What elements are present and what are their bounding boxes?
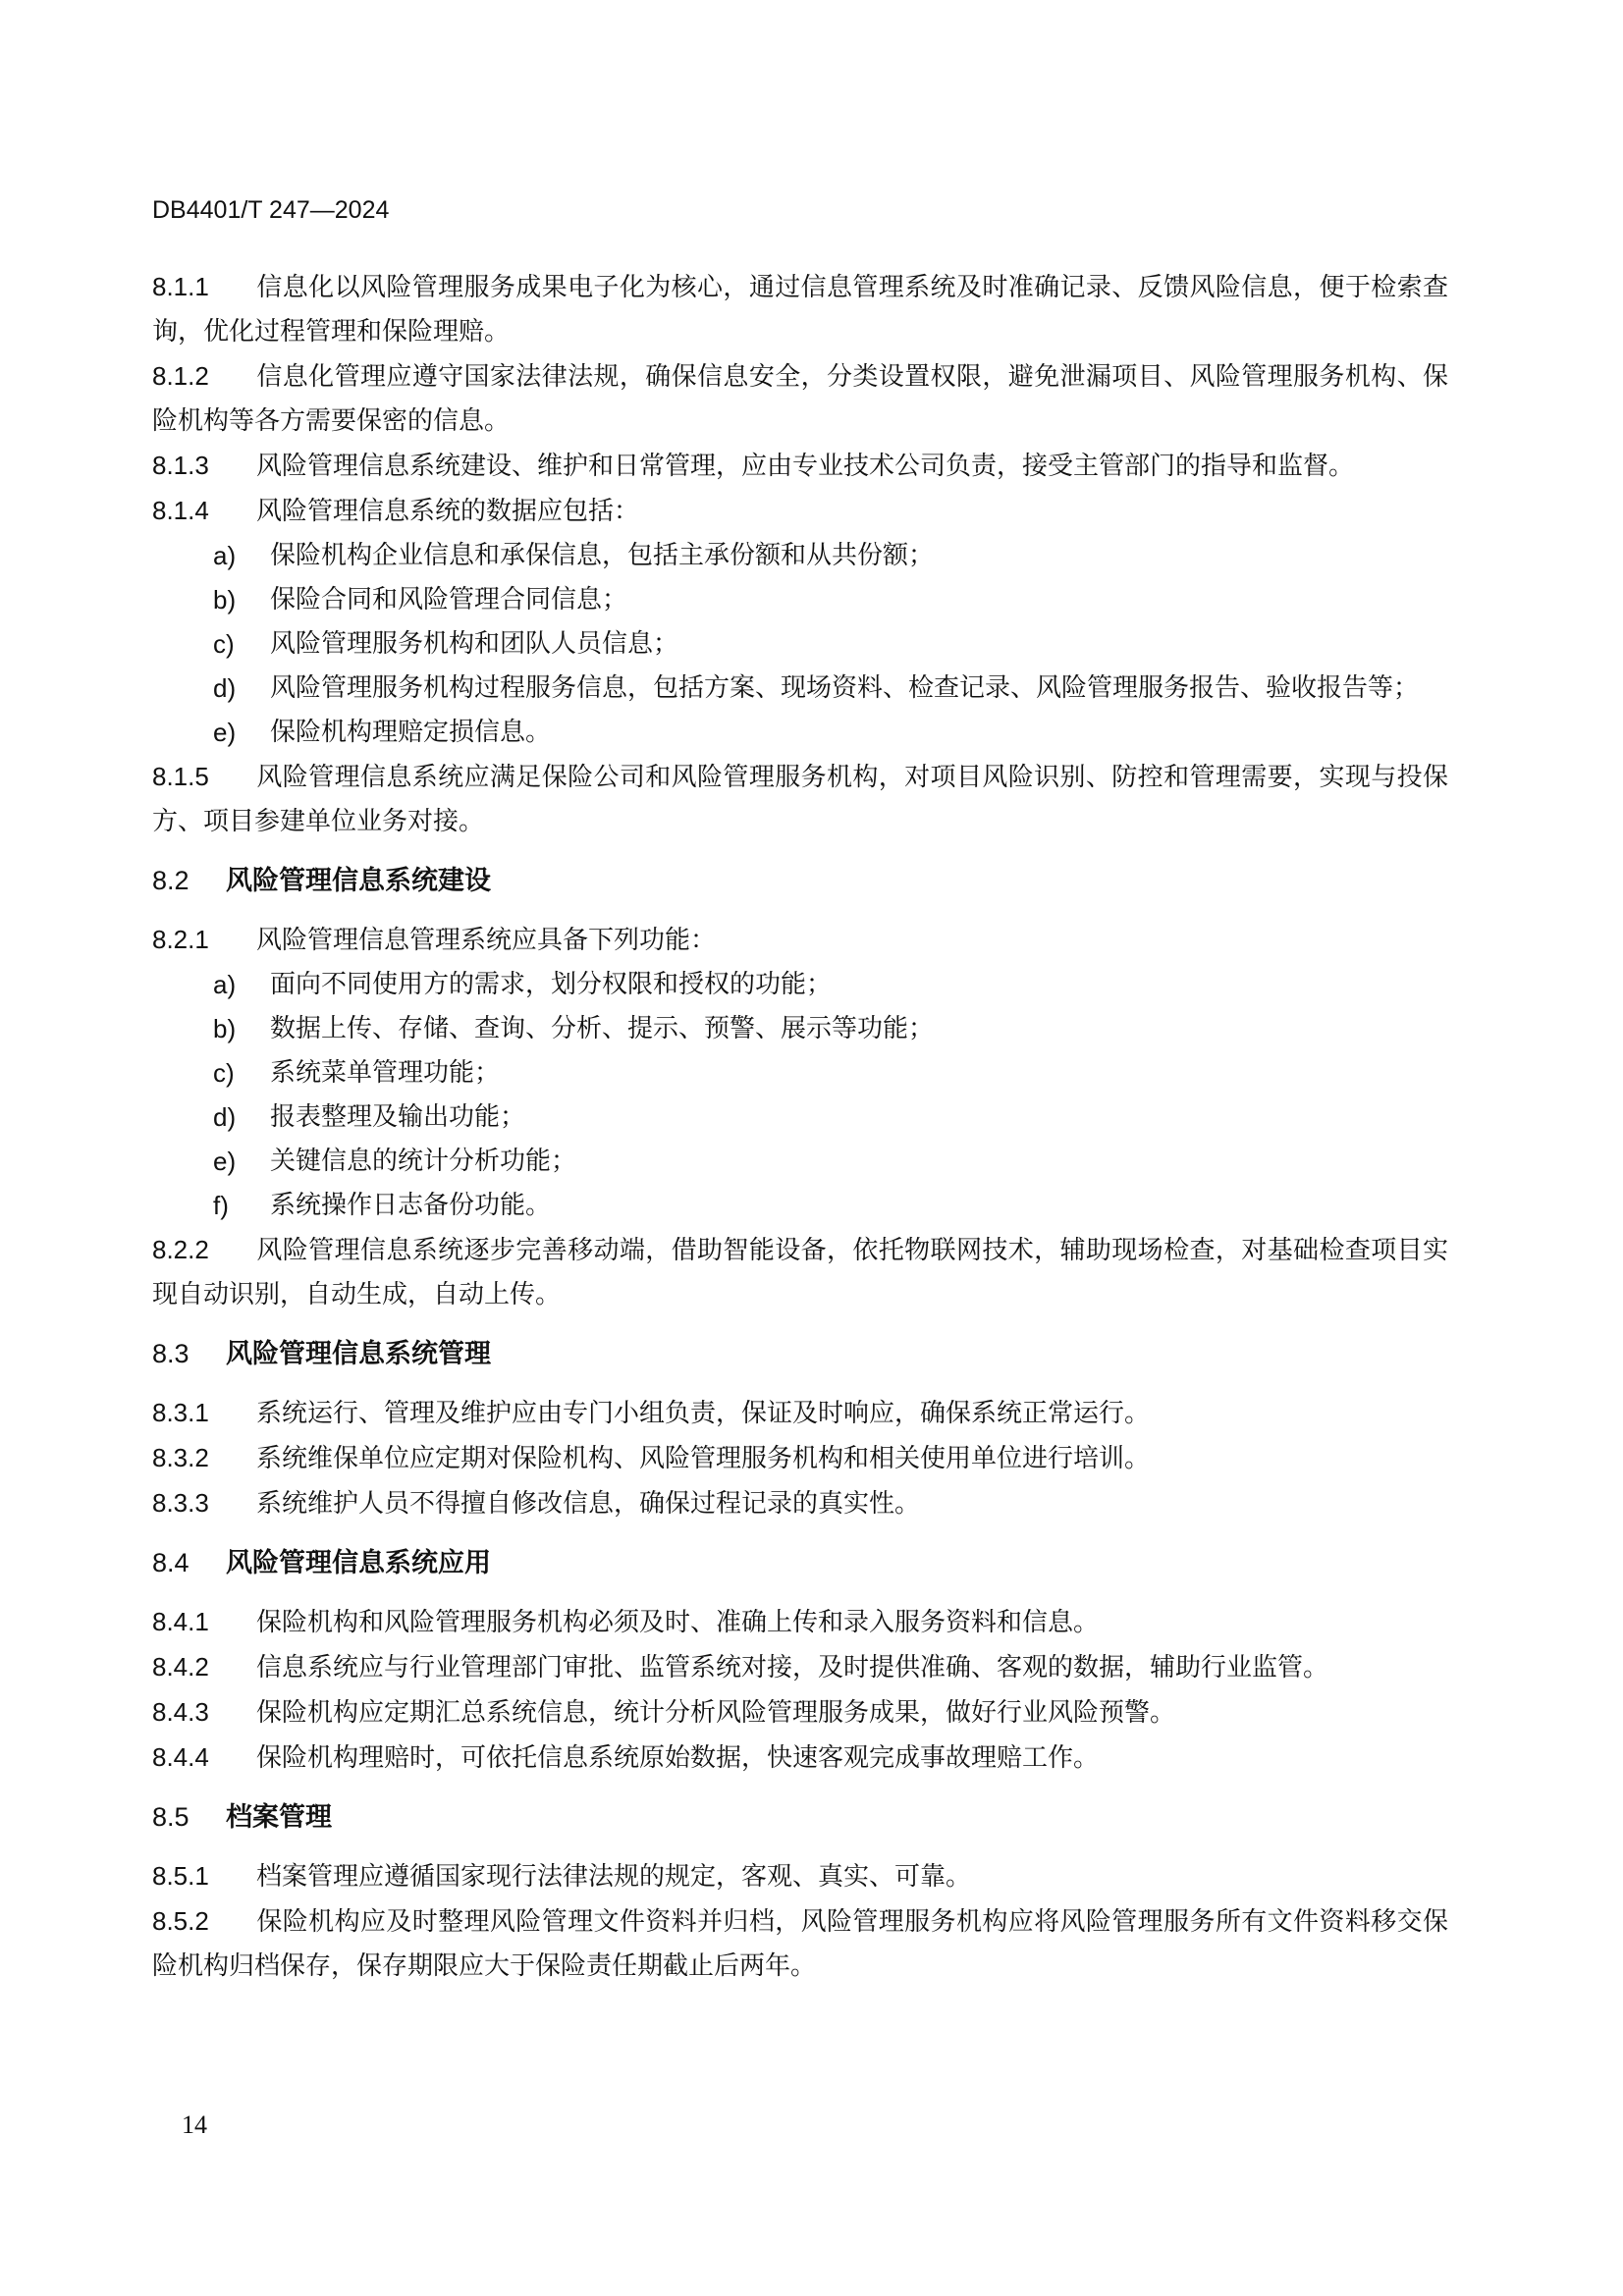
clause-8-4-3: 8.4.3保险机构应定期汇总系统信息，统计分析风险管理服务成果，做好行业风险预警… xyxy=(152,1690,1448,1735)
list-item: c)风险管理服务机构和团队人员信息； xyxy=(152,622,1448,667)
clause-8-2-1: 8.2.1风险管理信息管理系统应具备下列功能： xyxy=(152,918,1448,963)
clause-8-5-2: 8.5.2保险机构应及时整理风险管理文件资料并归档，风险管理服务机构应将风险管理… xyxy=(152,1899,1448,1989)
list-text: 关键信息的统计分析功能； xyxy=(270,1147,576,1176)
list-item: e)关键信息的统计分析功能； xyxy=(152,1140,1448,1184)
list-text: 系统菜单管理功能； xyxy=(270,1058,500,1088)
clause-8-1-4: 8.1.4风险管理信息系统的数据应包括： xyxy=(152,489,1448,534)
list-item: b)数据上传、存储、查询、分析、提示、预警、展示等功能； xyxy=(152,1007,1448,1051)
list-item: a)面向不同使用方的需求，划分权限和授权的功能； xyxy=(152,963,1448,1007)
list-label: a) xyxy=(213,534,236,578)
page-number: 14 xyxy=(182,2110,207,2140)
section-heading-8-5: 8.5档案管理 xyxy=(152,1795,1448,1840)
list-item: d)风险管理服务机构过程服务信息，包括方案、现场资料、检查记录、风险管理服务报告… xyxy=(152,667,1448,711)
list-text: 数据上传、存储、查询、分析、提示、预警、展示等功能； xyxy=(270,1014,934,1043)
clause-8-1-2: 8.1.2信息化管理应遵守国家法律法规，确保信息安全，分类设置权限，避免泄漏项目… xyxy=(152,354,1448,444)
clause-number: 8.3.1 xyxy=(152,1391,256,1435)
clause-text: 风险管理信息管理系统应具备下列功能： xyxy=(256,926,716,955)
clause-number: 8.1.3 xyxy=(152,444,256,488)
list-label: b) xyxy=(213,1007,236,1051)
clause-text: 信息化以风险管理服务成果电子化为核心，通过信息管理系统及时准确记录、反馈风险信息… xyxy=(152,273,1448,347)
section-title: 风险管理信息系统应用 xyxy=(226,1548,491,1578)
clause-text: 保险机构理赔时，可依托信息系统原始数据，快速客观完成事故理赔工作。 xyxy=(256,1743,1099,1773)
list-text: 风险管理服务机构和团队人员信息； xyxy=(270,629,678,659)
list-text: 面向不同使用方的需求，划分权限和授权的功能； xyxy=(270,970,832,999)
clause-text: 系统维保单位应定期对保险机构、风险管理服务机构和相关使用单位进行培训。 xyxy=(256,1444,1150,1473)
clause-text: 风险管理信息系统应满足保险公司和风险管理服务机构，对项目风险识别、防控和管理需要… xyxy=(152,763,1448,836)
list-label: c) xyxy=(213,622,235,667)
document-code-header: DB4401/T 247—2024 xyxy=(152,196,389,225)
clause-text: 档案管理应遵循国家现行法律法规的规定，客观、真实、可靠。 xyxy=(256,1862,971,1892)
list-item: c)系统菜单管理功能； xyxy=(152,1051,1448,1095)
list-label: f) xyxy=(213,1184,229,1228)
clause-8-2-2: 8.2.2风险管理信息系统逐步完善移动端，借助智能设备，依托物联网技术，辅助现场… xyxy=(152,1228,1448,1317)
section-number: 8.3 xyxy=(152,1332,226,1376)
clause-8-1-3: 8.1.3风险管理信息系统建设、维护和日常管理，应由专业技术公司负责，接受主管部… xyxy=(152,444,1448,489)
list-label: a) xyxy=(213,963,236,1007)
list-text: 保险合同和风险管理合同信息； xyxy=(270,585,627,614)
list-item: e)保险机构理赔定损信息。 xyxy=(152,711,1448,755)
list-label: e) xyxy=(213,711,236,755)
clause-number: 8.2.1 xyxy=(152,918,256,962)
clause-number: 8.4.2 xyxy=(152,1645,256,1689)
clause-8-1-5: 8.1.5风险管理信息系统应满足保险公司和风险管理服务机构，对项目风险识别、防控… xyxy=(152,755,1448,844)
section-title: 风险管理信息系统建设 xyxy=(226,866,491,896)
section-heading-8-3: 8.3风险管理信息系统管理 xyxy=(152,1332,1448,1376)
list-item: d)报表整理及输出功能； xyxy=(152,1095,1448,1140)
clause-8-5-1: 8.5.1档案管理应遵循国家现行法律法规的规定，客观、真实、可靠。 xyxy=(152,1854,1448,1899)
clause-text: 风险管理信息系统的数据应包括： xyxy=(256,497,639,526)
list-item: f)系统操作日志备份功能。 xyxy=(152,1184,1448,1228)
section-title: 档案管理 xyxy=(226,1802,332,1833)
list-label: b) xyxy=(213,578,236,622)
clause-text: 系统维护人员不得擅自修改信息，确保过程记录的真实性。 xyxy=(256,1489,920,1519)
clause-text: 信息化管理应遵守国家法律法规，确保信息安全，分类设置权限，避免泄漏项目、风险管理… xyxy=(152,362,1448,436)
clause-text: 保险机构应及时整理风险管理文件资料并归档，风险管理服务机构应将风险管理服务所有文… xyxy=(152,1907,1448,1981)
section-number: 8.2 xyxy=(152,859,226,903)
clause-8-3-2: 8.3.2系统维保单位应定期对保险机构、风险管理服务机构和相关使用单位进行培训。 xyxy=(152,1436,1448,1481)
clause-number: 8.5.1 xyxy=(152,1854,256,1898)
clause-number: 8.5.2 xyxy=(152,1899,256,1944)
clause-number: 8.1.5 xyxy=(152,755,256,799)
clause-8-3-1: 8.3.1系统运行、管理及维护应由专门小组负责，保证及时响应，确保系统正常运行。 xyxy=(152,1391,1448,1436)
section-heading-8-4: 8.4风险管理信息系统应用 xyxy=(152,1541,1448,1585)
clause-number: 8.2.2 xyxy=(152,1228,256,1272)
clause-text: 系统运行、管理及维护应由专门小组负责，保证及时响应，确保系统正常运行。 xyxy=(256,1399,1150,1428)
clause-text: 保险机构应定期汇总系统信息，统计分析风险管理服务成果，做好行业风险预警。 xyxy=(256,1698,1175,1728)
clause-number: 8.3.3 xyxy=(152,1481,256,1525)
clause-8-1-1: 8.1.1信息化以风险管理服务成果电子化为核心，通过信息管理系统及时准确记录、反… xyxy=(152,265,1448,354)
section-number: 8.5 xyxy=(152,1795,226,1840)
list-item: b)保险合同和风险管理合同信息； xyxy=(152,578,1448,622)
clause-number: 8.4.1 xyxy=(152,1600,256,1644)
section-heading-8-2: 8.2风险管理信息系统建设 xyxy=(152,859,1448,903)
clause-number: 8.1.4 xyxy=(152,489,256,533)
clause-number: 8.3.2 xyxy=(152,1436,256,1480)
list-text: 系统操作日志备份功能。 xyxy=(270,1191,551,1220)
document-body: 8.1.1信息化以风险管理服务成果电子化为核心，通过信息管理系统及时准确记录、反… xyxy=(152,265,1448,1989)
list-text: 报表整理及输出功能； xyxy=(270,1102,525,1132)
clause-text: 保险机构和风险管理服务机构必须及时、准确上传和录入服务资料和信息。 xyxy=(256,1608,1099,1637)
clause-8-3-3: 8.3.3系统维护人员不得擅自修改信息，确保过程记录的真实性。 xyxy=(152,1481,1448,1526)
clause-8-4-4: 8.4.4保险机构理赔时，可依托信息系统原始数据，快速客观完成事故理赔工作。 xyxy=(152,1735,1448,1781)
list-text: 保险机构企业信息和承保信息，包括主承份额和从共份额； xyxy=(270,541,934,570)
list-label: c) xyxy=(213,1051,235,1095)
clause-text: 信息系统应与行业管理部门审批、监管系统对接，及时提供准确、客观的数据，辅助行业监… xyxy=(256,1653,1328,1682)
clause-number: 8.1.2 xyxy=(152,354,256,399)
list-text: 风险管理服务机构过程服务信息，包括方案、现场资料、检查记录、风险管理服务报告、验… xyxy=(270,673,1419,703)
list-label: e) xyxy=(213,1140,236,1184)
clause-number: 8.4.4 xyxy=(152,1735,256,1780)
clause-8-4-1: 8.4.1保险机构和风险管理服务机构必须及时、准确上传和录入服务资料和信息。 xyxy=(152,1600,1448,1645)
clause-8-4-2: 8.4.2信息系统应与行业管理部门审批、监管系统对接，及时提供准确、客观的数据，… xyxy=(152,1645,1448,1690)
section-number: 8.4 xyxy=(152,1541,226,1585)
list-label: d) xyxy=(213,1095,236,1140)
clause-text: 风险管理信息系统逐步完善移动端，借助智能设备，依托物联网技术，辅助现场检查，对基… xyxy=(152,1236,1448,1309)
clause-text: 风险管理信息系统建设、维护和日常管理，应由专业技术公司负责，接受主管部门的指导和… xyxy=(256,452,1354,481)
section-title: 风险管理信息系统管理 xyxy=(226,1339,491,1369)
list-label: d) xyxy=(213,667,236,711)
list-text: 保险机构理赔定损信息。 xyxy=(270,718,551,747)
list-item: a)保险机构企业信息和承保信息，包括主承份额和从共份额； xyxy=(152,534,1448,578)
clause-number: 8.4.3 xyxy=(152,1690,256,1735)
clause-number: 8.1.1 xyxy=(152,265,256,309)
